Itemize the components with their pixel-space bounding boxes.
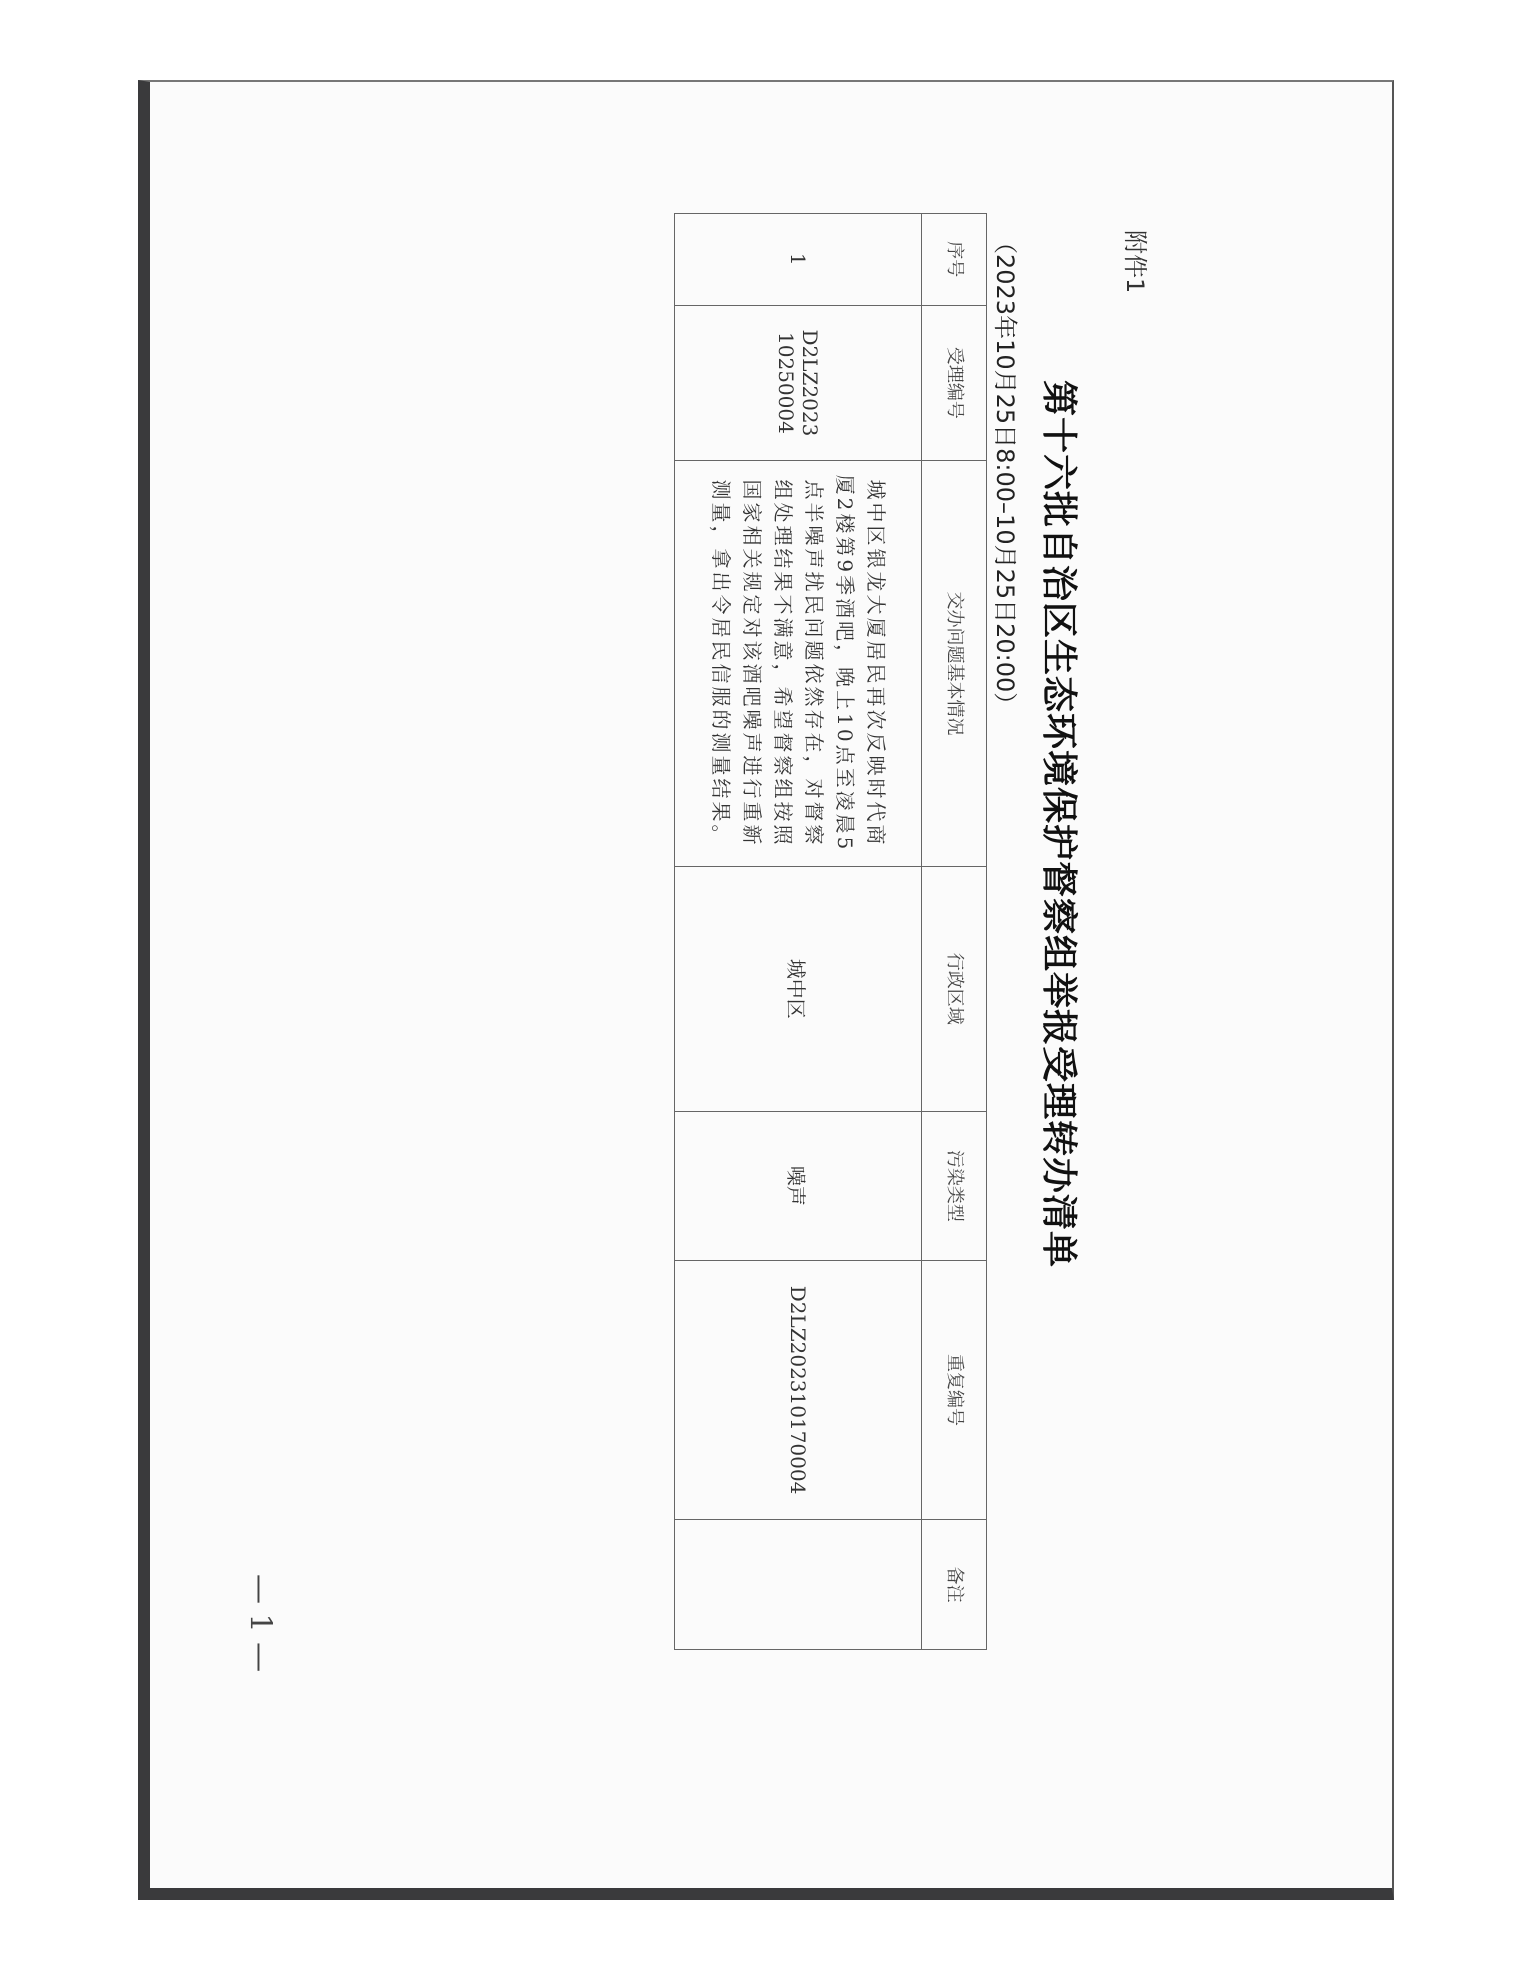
header-region: 行政区域	[922, 866, 987, 1111]
cell-pollution-type: 噪声	[675, 1111, 922, 1260]
cell-description: 城中区银龙大厦居民再次反映时代商厦2楼第9季酒吧，晚上10点至凌晨5点半噪声扰民…	[675, 461, 922, 866]
table-row: 1 D2LZ202310250004 城中区银龙大厦居民再次反映时代商厦2楼第9…	[675, 214, 922, 1650]
cell-accept-id: D2LZ202310250004	[675, 305, 922, 461]
table-header-row: 序号 受理编号 交办问题基本情况 行政区域 污染类型 重复编号 备注	[922, 214, 987, 1650]
cell-notes	[675, 1520, 922, 1650]
header-description: 交办问题基本情况	[922, 461, 987, 866]
header-notes: 备注	[922, 1520, 987, 1650]
header-pollution-type: 污染类型	[922, 1111, 987, 1260]
page-title: 第十六批自治区生态环境保护督察组举报受理转办清单	[1036, 380, 1087, 1268]
header-seq: 序号	[922, 214, 987, 306]
date-range: （2023年10月25日8:00–10月25日20:00）	[990, 230, 1025, 716]
cell-duplicate-id: D2LZ202310170004	[675, 1260, 922, 1519]
attachment-label: 附件1	[1120, 230, 1155, 293]
document-content: 附件1 第十六批自治区生态环境保护督察组举报受理转办清单 （2023年10月25…	[205, 210, 1205, 1710]
header-accept-id: 受理编号	[922, 305, 987, 461]
cell-seq: 1	[675, 214, 922, 306]
header-duplicate-id: 重复编号	[922, 1260, 987, 1519]
cell-region: 城中区	[675, 866, 922, 1111]
complaint-table: 序号 受理编号 交办问题基本情况 行政区域 污染类型 重复编号 备注 1 D2L…	[674, 213, 987, 1650]
